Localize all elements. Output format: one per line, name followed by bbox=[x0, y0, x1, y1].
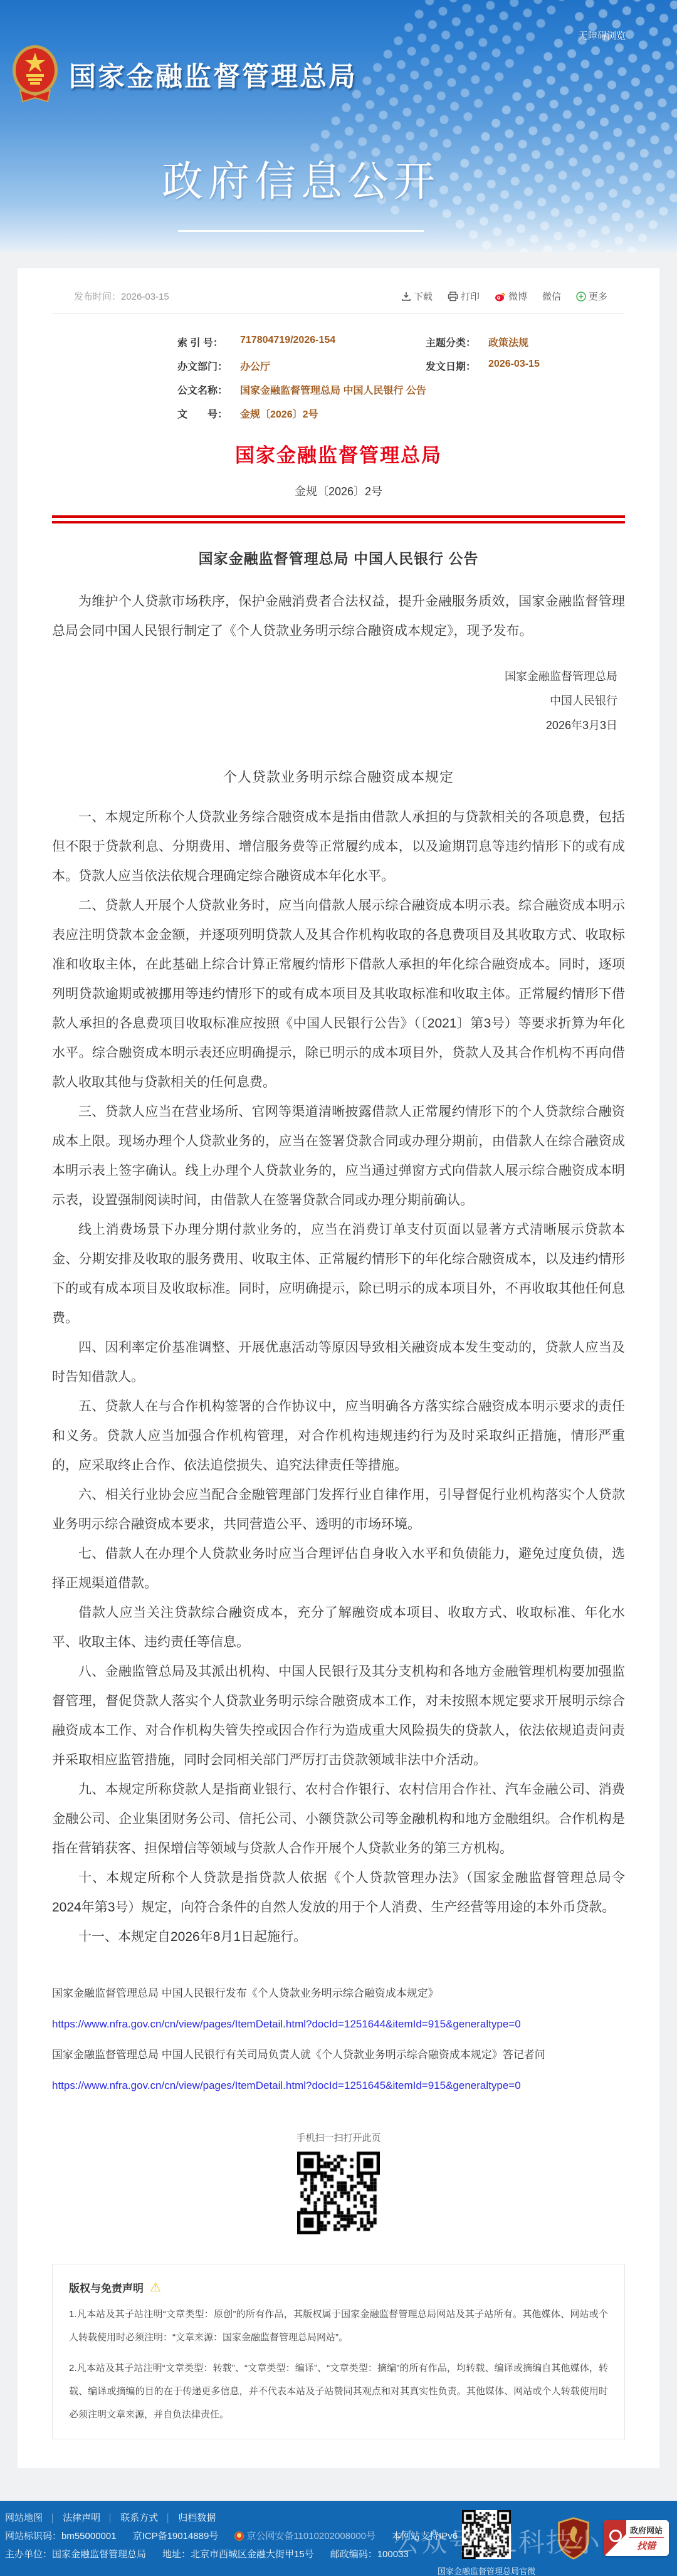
article-toolbar: 下载 打印 微博 微信 bbox=[401, 290, 607, 303]
government-shield-icon[interactable] bbox=[557, 2516, 590, 2563]
download-icon bbox=[401, 292, 411, 302]
signature-agency-2: 中国人民银行 bbox=[52, 689, 617, 713]
body-paragraph: 三、贷款人应当在营业场所、官网等渠道清晰披露借款人正常履约情形下的个人贷款综合融… bbox=[52, 1097, 625, 1215]
body-paragraph: 十一、本规定自2026年8月1日起施行。 bbox=[52, 1922, 625, 1952]
site-brand: 国家金融监督管理总局 bbox=[11, 44, 357, 106]
share-more-button[interactable]: 更多 bbox=[576, 290, 607, 303]
meta-label: 文 号： bbox=[177, 406, 238, 421]
footer-qr-code bbox=[462, 2510, 511, 2559]
agency-letterhead: 国家金融监督管理总局 bbox=[52, 439, 625, 468]
publish-time: 发布时间：2026-03-15 bbox=[74, 290, 169, 303]
footer-qr-section: 国家金融监督管理总局官微 bbox=[438, 2510, 535, 2576]
related-links: 国家金融监督管理总局 中国人民银行发布《个人贷款业务明示综合融资成本规定》 ht… bbox=[52, 1978, 625, 2101]
meta-value: 国家金融监督管理总局 中国人民银行 公告 bbox=[238, 382, 625, 397]
site-header: 无障碍浏览 国家金融监督管理总局 政府信息公开 bbox=[0, 0, 677, 252]
meta-label: 索 引 号： bbox=[177, 335, 238, 349]
meta-label: 主题分类： bbox=[426, 335, 486, 349]
meta-value: 政策法规 bbox=[486, 335, 625, 349]
site-title: 国家金融监督管理总局 bbox=[69, 56, 357, 94]
meta-value: 2026-03-15 bbox=[486, 359, 625, 373]
warning-icon: ⚠ bbox=[150, 2281, 161, 2294]
organizer: 主办单位：国家金融监督管理总局 bbox=[5, 2545, 146, 2563]
banner-title: 政府信息公开 bbox=[0, 148, 602, 208]
footer-link-contact[interactable]: 联系方式 bbox=[120, 2509, 158, 2527]
accessibility-link[interactable]: 无障碍浏览 bbox=[579, 29, 626, 42]
body-paragraph: 借款人应当关注贷款综合融资成本，充分了解融资成本项目、收取方式、收取标准、年化水… bbox=[52, 1598, 625, 1657]
body-paragraph: 二、贷款人开展个人贷款业务时，应当向借款人展示综合融资成本明示表。综合融资成本明… bbox=[52, 891, 625, 1097]
body-paragraph: 九、本规定所称贷款人是指商业银行、农村合作银行、农村信用合作社、汽车金融公司、消… bbox=[52, 1775, 625, 1863]
meta-row: 公文名称： 国家金融监督管理总局 中国人民银行 公告 bbox=[177, 382, 625, 397]
meta-label: 公文名称： bbox=[177, 382, 238, 397]
page-qr-section: 手机扫一扫打开此页 bbox=[52, 2131, 625, 2237]
meta-label: 办文部门： bbox=[177, 359, 238, 373]
footer-qr-caption: 国家金融监督管理总局官微 bbox=[438, 2565, 535, 2576]
body-paragraph: 五、贷款人在与合作机构签署的合作协议中，应当明确各方落实综合融资成本明示要求的责… bbox=[52, 1392, 625, 1480]
main-content: 发布时间：2026-03-15 下载 打印 bbox=[0, 252, 677, 2501]
meta-value: 717804719/2026-154 bbox=[238, 335, 426, 349]
public-security-registration: 京公网安备11010202008000号 bbox=[234, 2527, 375, 2545]
banner-underline bbox=[178, 230, 424, 232]
meta-bar: 发布时间：2026-03-15 下载 打印 bbox=[52, 286, 625, 313]
meta-label: 发文日期： bbox=[426, 359, 486, 373]
meta-row: 索 引 号： 717804719/2026-154 主题分类： 政策法规 bbox=[177, 335, 625, 349]
signature-agency-1: 国家金融监督管理总局 bbox=[52, 665, 617, 689]
body-paragraph: 六、相关行业协会应当配合金融管理部门发挥行业自律作用，引导督促行业机构落实个人贷… bbox=[52, 1480, 625, 1539]
meta-row: 办文部门： 办公厅 发文日期： 2026-03-15 bbox=[177, 359, 625, 373]
body-paragraph: 八、金融监管总局及其派出机构、中国人民银行及其分支机构和各地方金融管理机构要加强… bbox=[52, 1657, 625, 1775]
meta-row: 文 号： 金规〔2026〕2号 bbox=[177, 406, 625, 421]
qr-caption: 手机扫一扫打开此页 bbox=[52, 2131, 625, 2144]
page-qr-code bbox=[297, 2152, 380, 2234]
related-url-link[interactable]: https://www.nfra.gov.cn/cn/view/pages/It… bbox=[52, 2009, 625, 2039]
disclaimer-title: 版权与免责声明 ⚠ bbox=[69, 2279, 608, 2295]
national-emblem-icon bbox=[11, 44, 59, 106]
copyright-disclaimer: 版权与免责声明 ⚠ 1.凡本站及其子站注明“文章类型：原创”的所有作品，其版权属… bbox=[52, 2264, 625, 2439]
document-number: 金规〔2026〕2号 bbox=[52, 483, 625, 499]
body-paragraph: 线上消费场景下办理分期付款业务的，应当在消费订单支付页面以显著方式清晰展示贷款本… bbox=[52, 1215, 625, 1333]
badge-line1: 政府网站 bbox=[629, 2524, 664, 2538]
signature-date: 2026年3月3日 bbox=[52, 713, 617, 738]
intro-paragraph: 为维护个人贷款市场秩序，保护金融消费者合法权益，提升金融服务质效，国家金融监督管… bbox=[52, 587, 625, 646]
share-weibo-button[interactable]: 微博 bbox=[495, 290, 527, 303]
gov-site-error-report-badge[interactable]: 政府网站 找错 bbox=[604, 2520, 669, 2556]
document-body: 为维护个人贷款市场秩序，保护金融消费者合法权益，提升金融服务质效，国家金融监督管… bbox=[52, 587, 625, 1952]
meta-value: 金规〔2026〕2号 bbox=[238, 406, 625, 421]
related-title: 国家金融监督管理总局 中国人民银行有关司局负责人就《个人贷款业务明示综合融资成本… bbox=[52, 2039, 625, 2070]
icp-number: 京ICP备19014889号 bbox=[133, 2527, 219, 2545]
download-button[interactable]: 下载 bbox=[401, 290, 433, 303]
postal-code: 邮政编码：100033 bbox=[330, 2545, 409, 2563]
weibo-icon bbox=[495, 292, 506, 302]
article-card: 发布时间：2026-03-15 下载 打印 bbox=[18, 268, 659, 2468]
meta-value: 办公厅 bbox=[238, 359, 426, 373]
footer-link-archive[interactable]: 归档数据 bbox=[178, 2509, 216, 2527]
letterhead-divider bbox=[52, 515, 625, 523]
body-paragraph: 四、因利率定价基准调整、开展优惠活动等原因导致相关融资成本发生变动的，贷款人应当… bbox=[52, 1333, 625, 1392]
document-title: 国家金融监督管理总局 中国人民银行 公告 bbox=[52, 547, 625, 568]
badge-line2: 找错 bbox=[626, 2539, 666, 2552]
footer-link-legal[interactable]: 法律声明 bbox=[63, 2509, 100, 2527]
site-footer: 网站地图│ 法律声明│ 联系方式│ 归档数据 网站标识码：bm55000001 … bbox=[0, 2501, 677, 2576]
plus-circle-icon bbox=[576, 292, 586, 302]
page-banner: 政府信息公开 bbox=[0, 148, 602, 232]
document-metadata: 索 引 号： 717804719/2026-154 主题分类： 政策法规 办文部… bbox=[177, 335, 625, 421]
site-code: 网站标识码：bm55000001 bbox=[5, 2527, 117, 2545]
public-security-badge-icon bbox=[234, 2531, 244, 2541]
related-title: 国家金融监督管理总局 中国人民银行发布《个人贷款业务明示综合融资成本规定》 bbox=[52, 1978, 625, 2009]
disclaimer-item: 2.凡本站及其子站注明“文章类型：转载”、“文章类型：编译”、“文章类型：摘编”… bbox=[69, 2357, 608, 2426]
magnifier-icon bbox=[604, 2520, 626, 2556]
regulation-title: 个人贷款业务明示综合融资成本规定 bbox=[52, 767, 625, 786]
related-url-link[interactable]: https://www.nfra.gov.cn/cn/view/pages/It… bbox=[52, 2070, 625, 2101]
signature-block: 国家金融监督管理总局 中国人民银行 2026年3月3日 bbox=[52, 665, 617, 738]
disclaimer-item: 1.凡本站及其子站注明“文章类型：原创”的所有作品，其版权属于国家金融监督管理总… bbox=[69, 2303, 608, 2349]
print-button[interactable]: 打印 bbox=[448, 290, 480, 303]
address: 地址：北京市西城区金融大街甲15号 bbox=[162, 2545, 314, 2563]
share-wechat-button[interactable]: 微信 bbox=[542, 290, 561, 303]
body-paragraph: 一、本规定所称个人贷款业务综合融资成本是指由借款人承担的与贷款相关的各项息费，包… bbox=[52, 802, 625, 891]
print-icon bbox=[448, 292, 458, 302]
body-paragraph: 十、本规定所称个人贷款是指贷款人依据《个人贷款管理办法》（国家金融监督管理总局令… bbox=[52, 1863, 625, 1922]
footer-link-sitemap[interactable]: 网站地图 bbox=[5, 2509, 43, 2527]
body-paragraph: 七、借款人在办理个人贷款业务时应当合理评估自身收入水平和负债能力，避免过度负债，… bbox=[52, 1539, 625, 1598]
